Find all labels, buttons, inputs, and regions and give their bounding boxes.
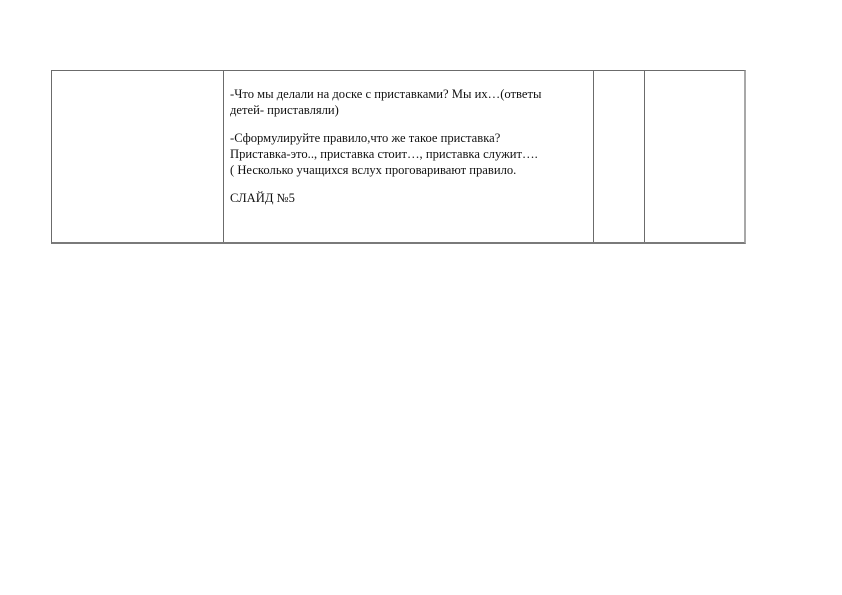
paragraph-rule: -Сформулируйте правило,что же такое прис… <box>230 130 585 178</box>
table-cell-empty-2 <box>645 71 745 242</box>
paragraph-slide: СЛАЙД №5 <box>230 190 585 206</box>
activity-text: -Что мы делали на доске с приставками? М… <box>230 86 585 218</box>
paragraph-question: -Что мы делали на доске с приставками? М… <box>230 86 585 118</box>
lesson-table: -Что мы делали на доске с приставками? М… <box>51 70 746 244</box>
table-cell-activity: -Что мы делали на доске с приставками? М… <box>224 71 594 242</box>
table-cell-stage <box>52 71 224 242</box>
table-cell-empty-1 <box>594 71 645 242</box>
